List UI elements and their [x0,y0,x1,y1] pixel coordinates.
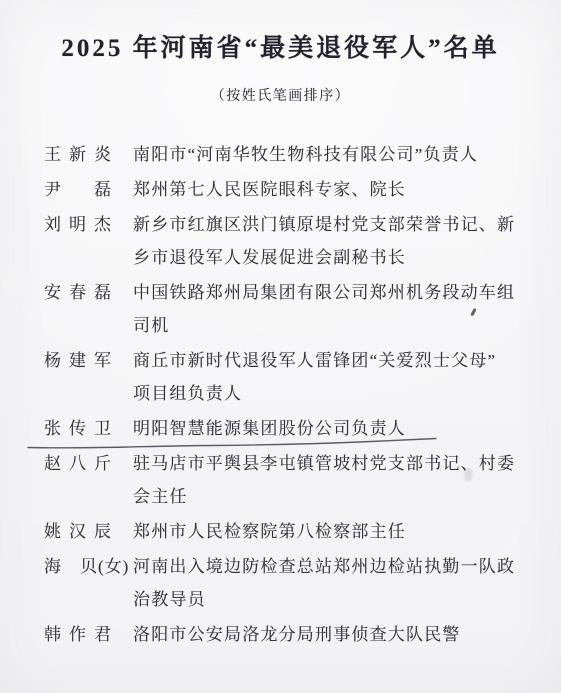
entry-name: 杨建军 [44,344,133,377]
entry-name: 赵八斤 [44,447,133,480]
entry-name: 张传卫 [44,412,133,445]
entry-desc: 明阳智慧能源集团股份公司负责人 [133,412,525,445]
entry-name: 韩作君 [44,618,133,651]
entry-desc: 南阳市“河南华牧生物科技有限公司”负责人 [133,138,525,171]
entry-desc-line: 会主任 [133,480,525,513]
entry-desc-line: 项目组负责人 [133,377,525,410]
entry-desc-line: 商丘市新时代退役军人雷锋团“关爱烈士父母” [133,344,525,377]
list-item: 张传卫 明阳智慧能源集团股份公司负责人 [44,412,561,445]
document-subtitle: （按姓氏笔画排序） [0,89,561,105]
entry-name: 安春磊 [44,276,133,309]
list-item: 王新炎 南阳市“河南华牧生物科技有限公司”负责人 [44,138,561,171]
entry-name: 海 贝(女) [44,550,133,583]
entry-desc: 商丘市新时代退役军人雷锋团“关爱烈士父母”项目组负责人 [133,344,525,410]
entry-desc-line: 乡市退役军人发展促进会副秘书长 [133,241,525,274]
list-item: 尹 磊 郑州第七人民医院眼科专家、院长 [44,173,561,206]
entry-desc-line: 河南出入境边防检查总站郑州边检站执勤一队政 [133,550,525,583]
entry-desc-line: 明阳智慧能源集团股份公司负责人 [133,412,525,445]
entry-desc: 新乡市红旗区洪门镇原堤村党支部荣誉书记、新乡市退役军人发展促进会副秘书长 [133,208,525,274]
entry-desc-line: 中国铁路郑州局集团有限公司郑州机务段动车组 [133,276,525,309]
entry-desc: 郑州第七人民医院眼科专家、院长 [133,173,525,206]
entry-desc: 洛阳市公安局洛龙分局刑事侦查大队民警 [133,618,525,651]
entry-name: 刘明杰 [44,208,133,241]
entry-desc-line: 新乡市红旗区洪门镇原堤村党支部荣誉书记、新 [133,208,525,241]
entry-desc: 河南出入境边防检查总站郑州边检站执勤一队政治教导员 [133,550,525,616]
list-item: 赵八斤 驻马店市平舆县李屯镇管坡村党支部书记、村委会主任 [44,447,561,513]
entry-desc-line: 郑州市人民检察院第八检察部主任 [133,515,525,548]
entry-name: 尹 磊 [44,173,133,206]
document-title: 2025 年河南省“最美退役军人”名单 [28,34,533,64]
entry-desc-line: 司机 [133,309,525,342]
entry-desc-line: 治教导员 [133,583,525,616]
entry-desc-line: 郑州第七人民医院眼科专家、院长 [133,173,525,206]
entry-desc-line: 洛阳市公安局洛龙分局刑事侦查大队民警 [133,618,525,651]
entry-desc-line: 南阳市“河南华牧生物科技有限公司”负责人 [133,138,525,171]
list-item: 刘明杰 新乡市红旗区洪门镇原堤村党支部荣誉书记、新乡市退役军人发展促进会副秘书长 [44,208,561,274]
list-item: 姚汉辰 郑州市人民检察院第八检察部主任 [44,515,561,548]
entry-name: 王新炎 [44,138,133,171]
scanned-document-page: 2025 年河南省“最美退役军人”名单 （按姓氏笔画排序） 王新炎 南阳市“河南… [0,0,561,693]
award-list: 王新炎 南阳市“河南华牧生物科技有限公司”负责人 尹 磊 郑州第七人民医院眼科专… [44,138,561,651]
list-item: 海 贝(女) 河南出入境边防检查总站郑州边检站执勤一队政治教导员 [44,550,561,616]
list-item: 韩作君 洛阳市公安局洛龙分局刑事侦查大队民警 [44,618,561,651]
entry-desc: 中国铁路郑州局集团有限公司郑州机务段动车组司机 [133,276,525,342]
entry-desc: 郑州市人民检察院第八检察部主任 [133,515,525,548]
list-item: 安春磊 中国铁路郑州局集团有限公司郑州机务段动车组司机 [44,276,561,342]
entry-name: 姚汉辰 [44,515,133,548]
scan-artifact-smudge [464,468,473,481]
list-item: 杨建军 商丘市新时代退役军人雷锋团“关爱烈士父母”项目组负责人 [44,344,561,410]
